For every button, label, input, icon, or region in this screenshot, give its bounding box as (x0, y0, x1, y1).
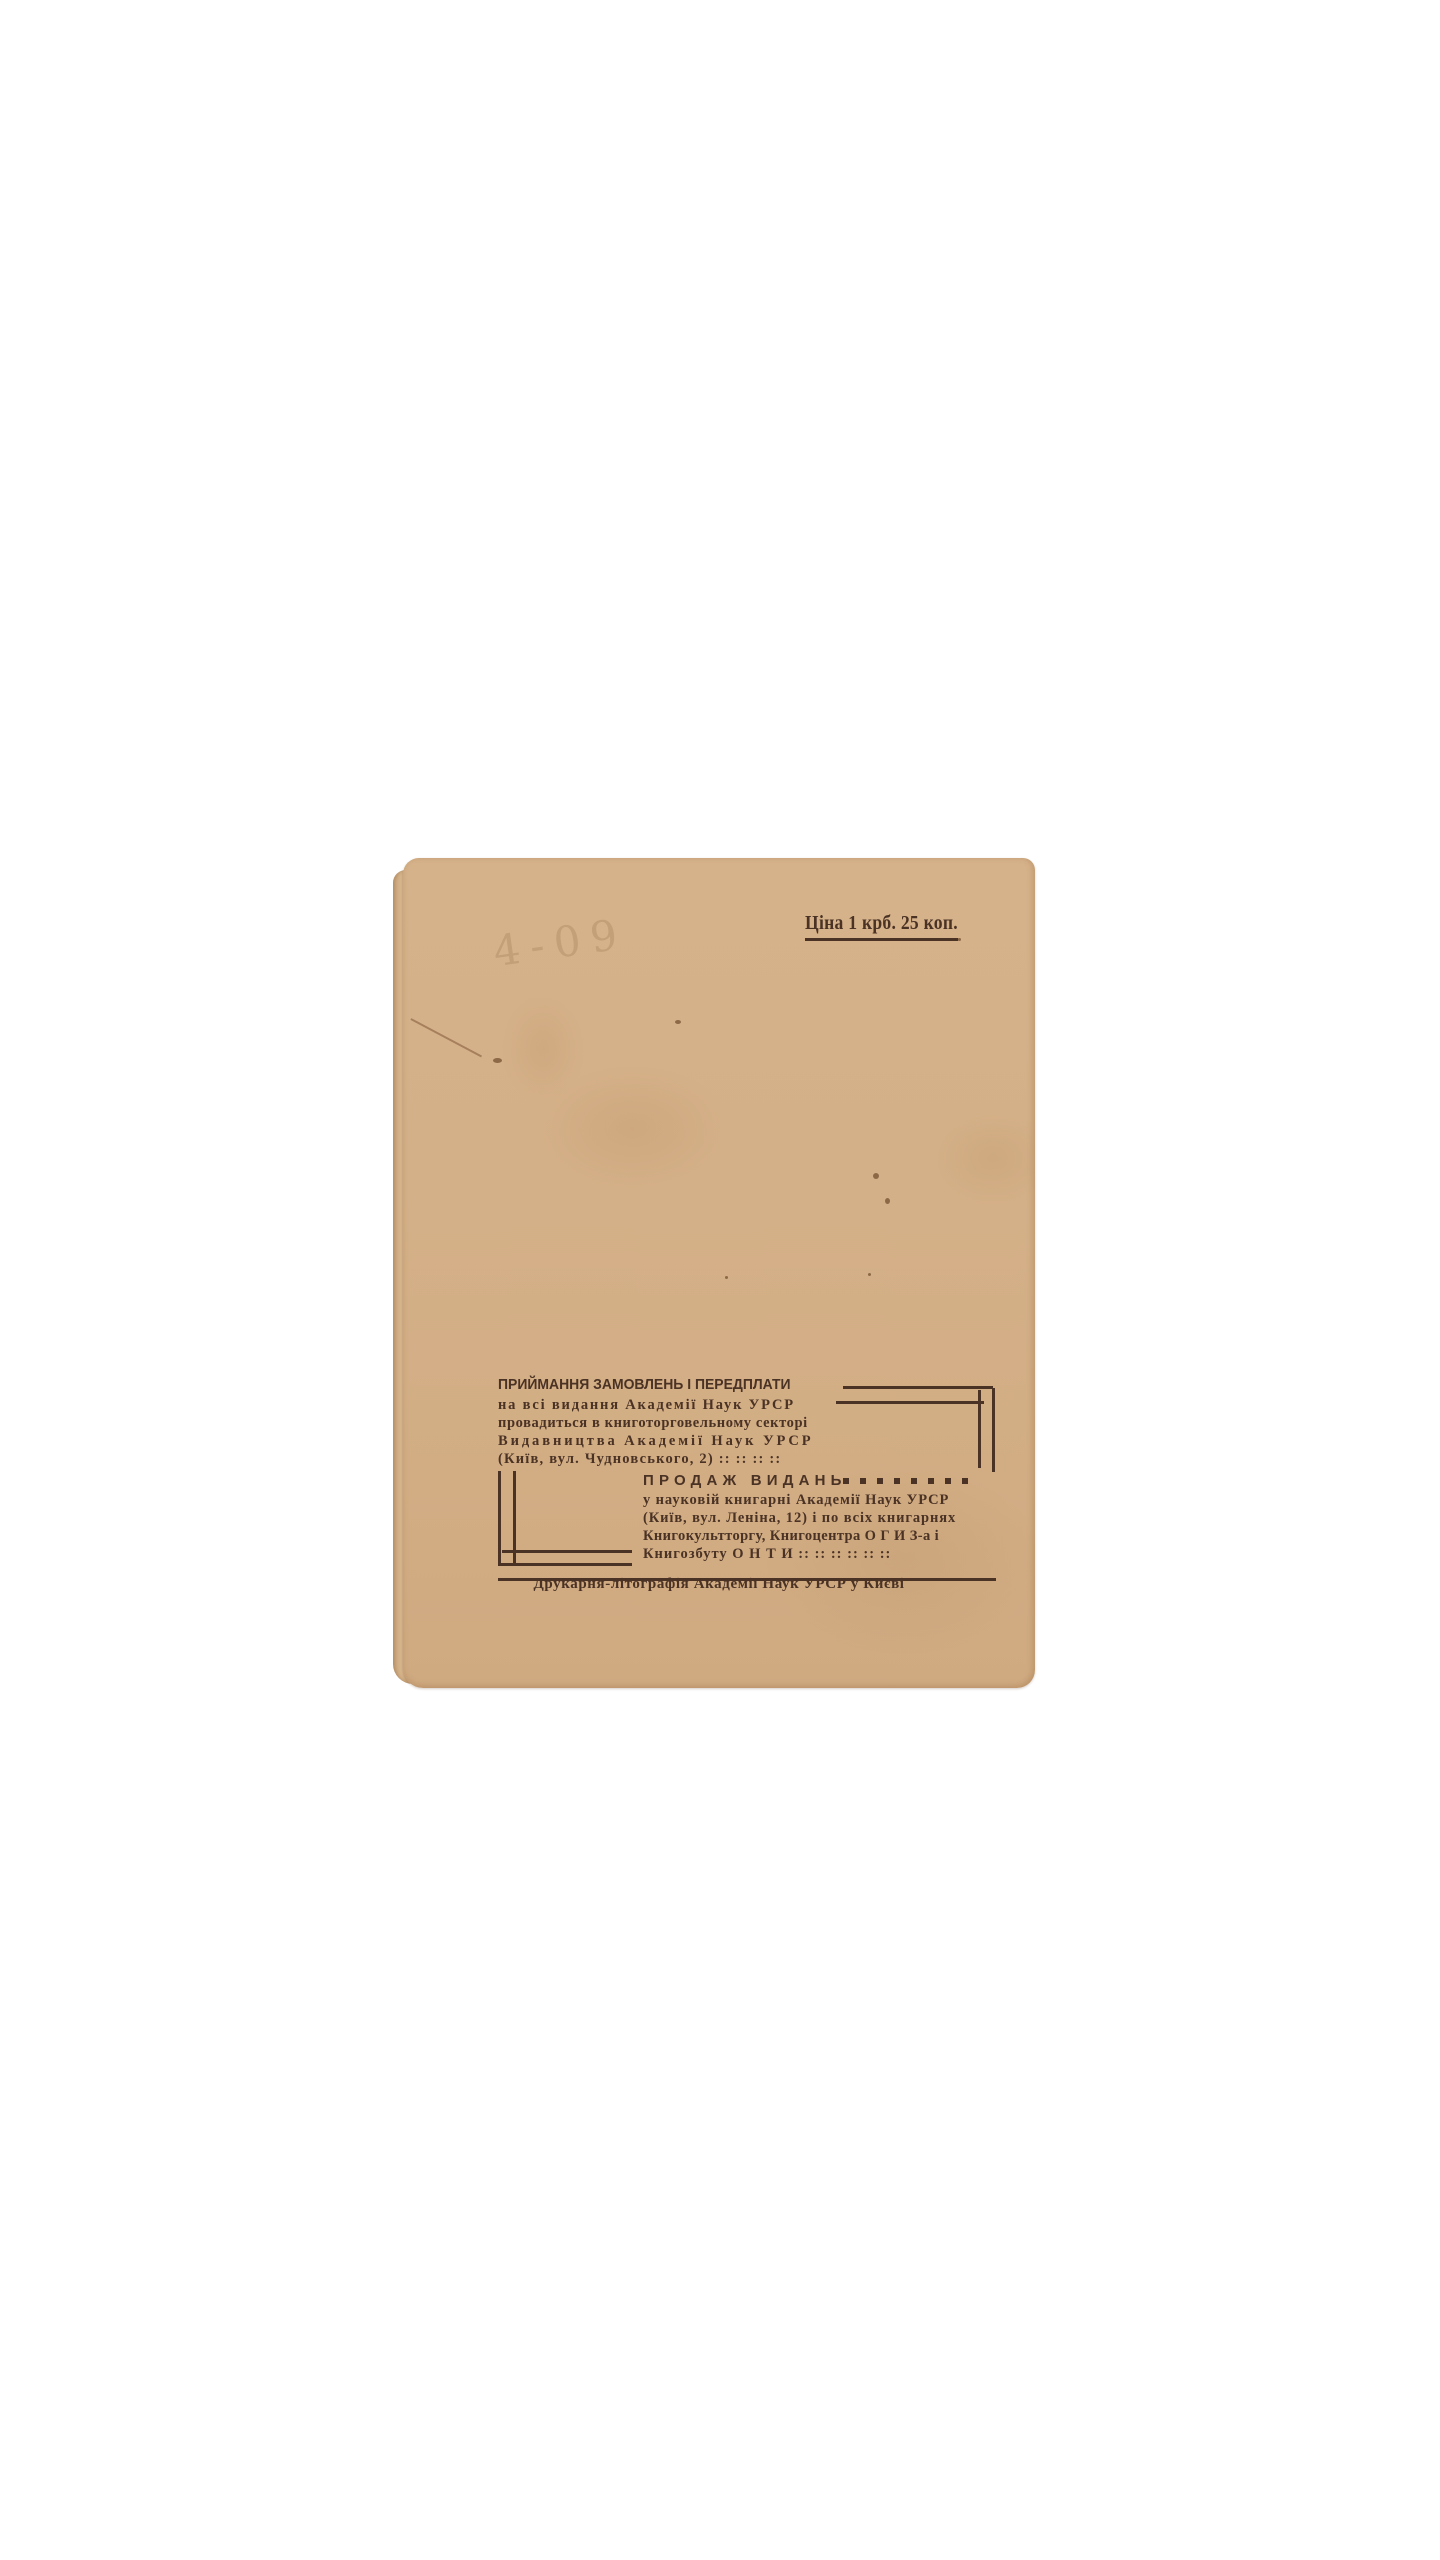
frame-line (992, 1388, 995, 1472)
stain (675, 1020, 681, 1024)
stain (885, 1198, 890, 1204)
frame-line (836, 1401, 984, 1404)
stain (873, 1173, 879, 1179)
printer-imprint: Друкарня-літографія Академії Наук УРСР у… (403, 1576, 1035, 1593)
frame-line (498, 1563, 632, 1566)
frame-line (843, 1386, 993, 1389)
back-cover: 4-09 Ціна 1 крб. 25 коп. ПРИЙМАННЯ ЗАМОВ… (403, 858, 1035, 1688)
orders-title: ПРИЙМАННЯ ЗАМОВЛЕНЬ І ПЕРЕДПЛАТИ (498, 1376, 791, 1394)
orders-line: Видавництва Академії Наук УРСР (498, 1432, 814, 1450)
book: 4-09 Ціна 1 крб. 25 коп. ПРИЙМАННЯ ЗАМОВ… (393, 858, 1041, 1688)
sales-title: ПРОДАЖ ВИДАНЬ (643, 1472, 847, 1490)
sales-line: Книгозбуту О Н Т И :: :: :: :: :: :: (643, 1545, 891, 1563)
stain (868, 1273, 871, 1276)
frame-line (978, 1390, 981, 1468)
sales-line: Книгокультторгу, Книгоцентра О Г И З-а і (643, 1527, 939, 1545)
frame-line (502, 1550, 632, 1553)
stain (725, 1276, 728, 1279)
crease-mark (411, 1018, 482, 1057)
orders-line: (Київ, вул. Чудновського, 2) :: :: :: :: (498, 1450, 781, 1468)
price-label: Ціна 1 крб. 25 коп. (805, 912, 958, 941)
orders-line: провадиться в книготорговельному секторі (498, 1414, 808, 1432)
frame-line (498, 1471, 501, 1565)
sales-line: (Київ, вул. Леніна, 12) і по всіх книгар… (643, 1509, 956, 1527)
stain (493, 1058, 502, 1063)
dotted-ornament (843, 1478, 968, 1484)
sales-line: у науковій книгарні Академії Наук УРСР (643, 1491, 949, 1509)
stain (958, 938, 961, 941)
pencil-mark: 4-09 (490, 909, 630, 976)
orders-line: на всі видання Академії Наук УРСР (498, 1396, 795, 1414)
